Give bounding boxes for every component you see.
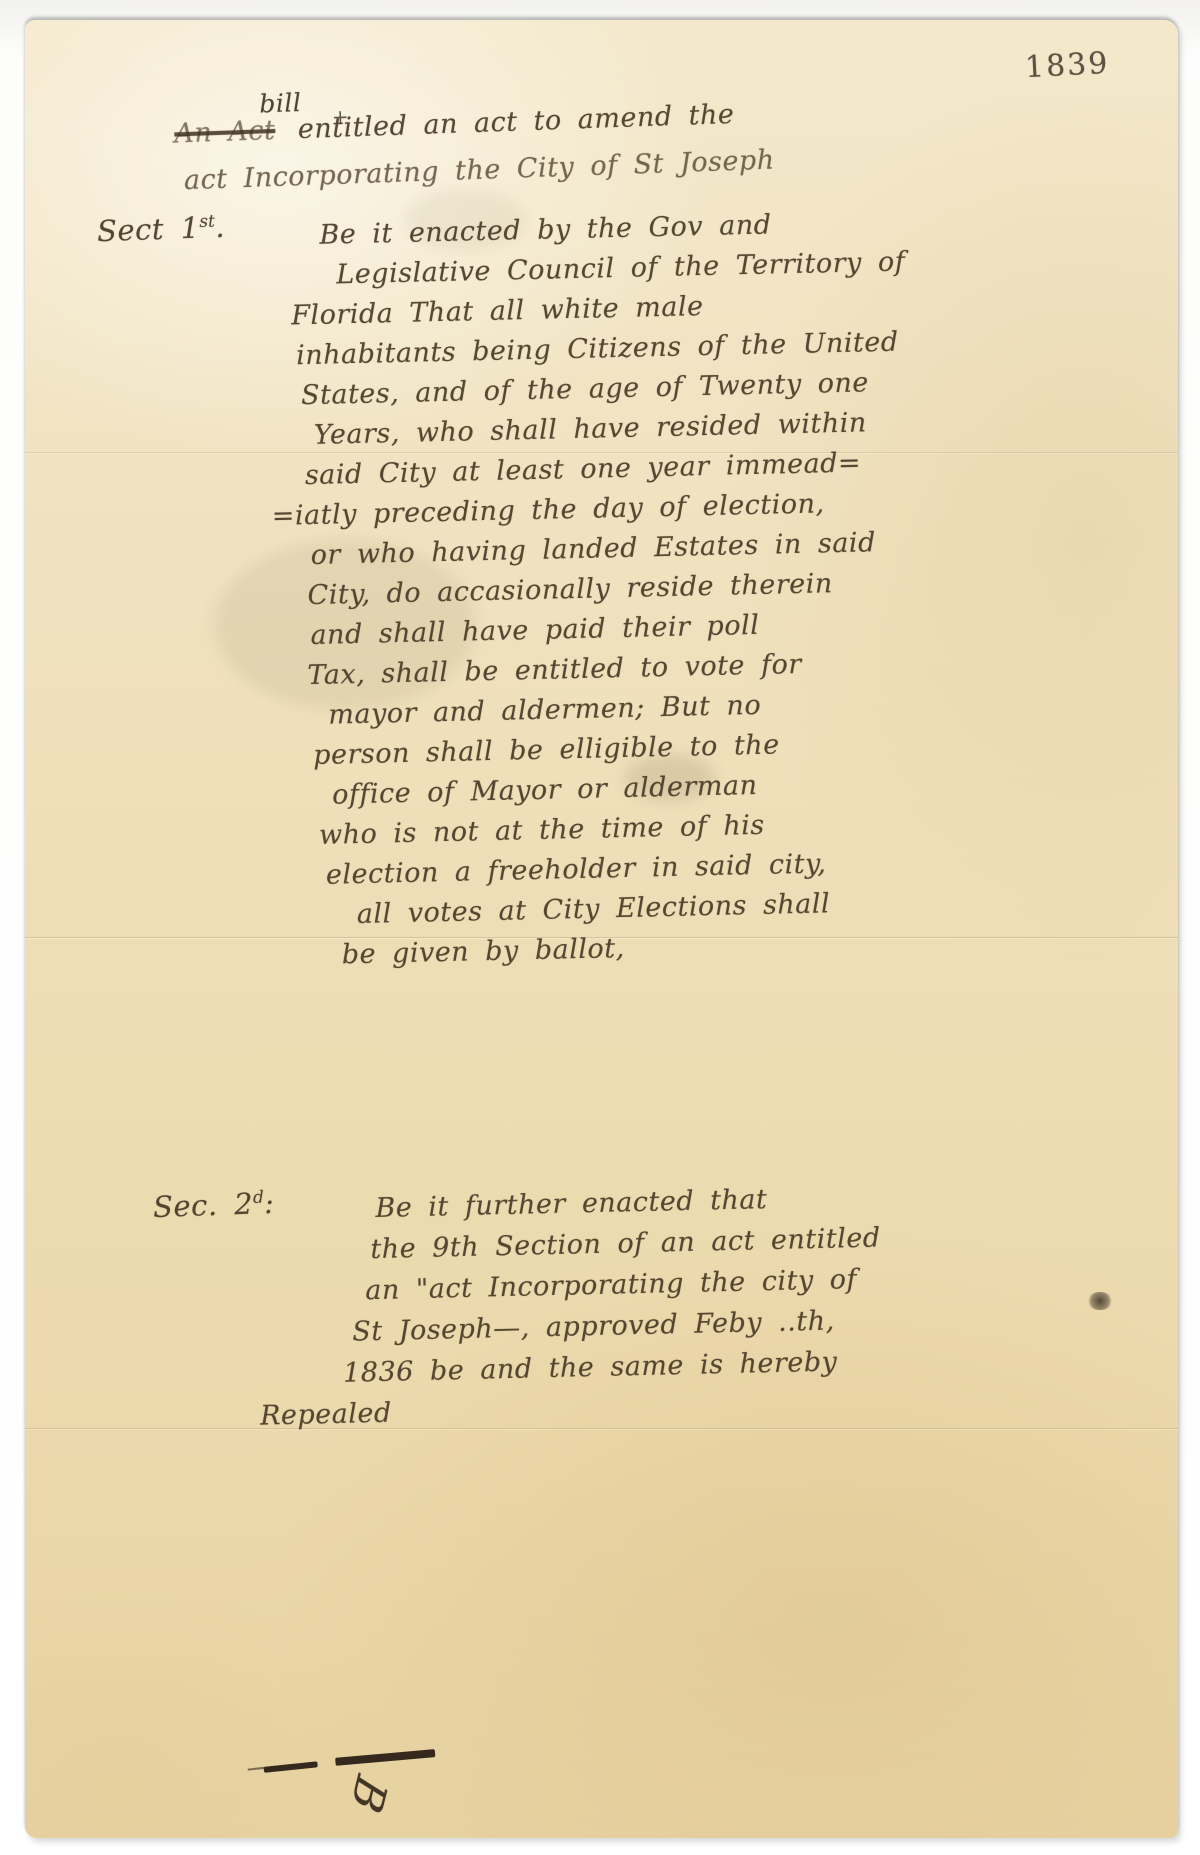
ink-dash	[264, 1761, 318, 1773]
section-1-body: Be it enacted by the Gov and Legislative…	[307, 202, 921, 975]
section-2-label: Sec. 2d:	[152, 1186, 274, 1224]
ink-blot	[1087, 1292, 1113, 1310]
title-line-2: act Incorporating the City of St Joseph	[183, 145, 775, 197]
year-annotation: 1839	[1024, 46, 1110, 85]
docket-letter: B	[340, 1769, 396, 1820]
strikethrough-text: An Act	[174, 115, 276, 150]
section-2-body: Be it further enacted that the 9th Secti…	[373, 1177, 885, 1434]
inserted-word: bill	[259, 88, 302, 118]
ink-dash	[335, 1749, 435, 1766]
caret-mark: +	[331, 104, 349, 129]
document-title: bill + An Act entitled an act to amend t…	[174, 98, 775, 197]
title-line-1: bill + An Act entitled an act to amend t…	[174, 98, 774, 150]
title-text: entitled an act to amend the	[297, 99, 735, 145]
document-page: 1839 bill + An Act entitled an act to am…	[25, 20, 1178, 1838]
section-1-label: Sect 1st.	[96, 210, 225, 248]
